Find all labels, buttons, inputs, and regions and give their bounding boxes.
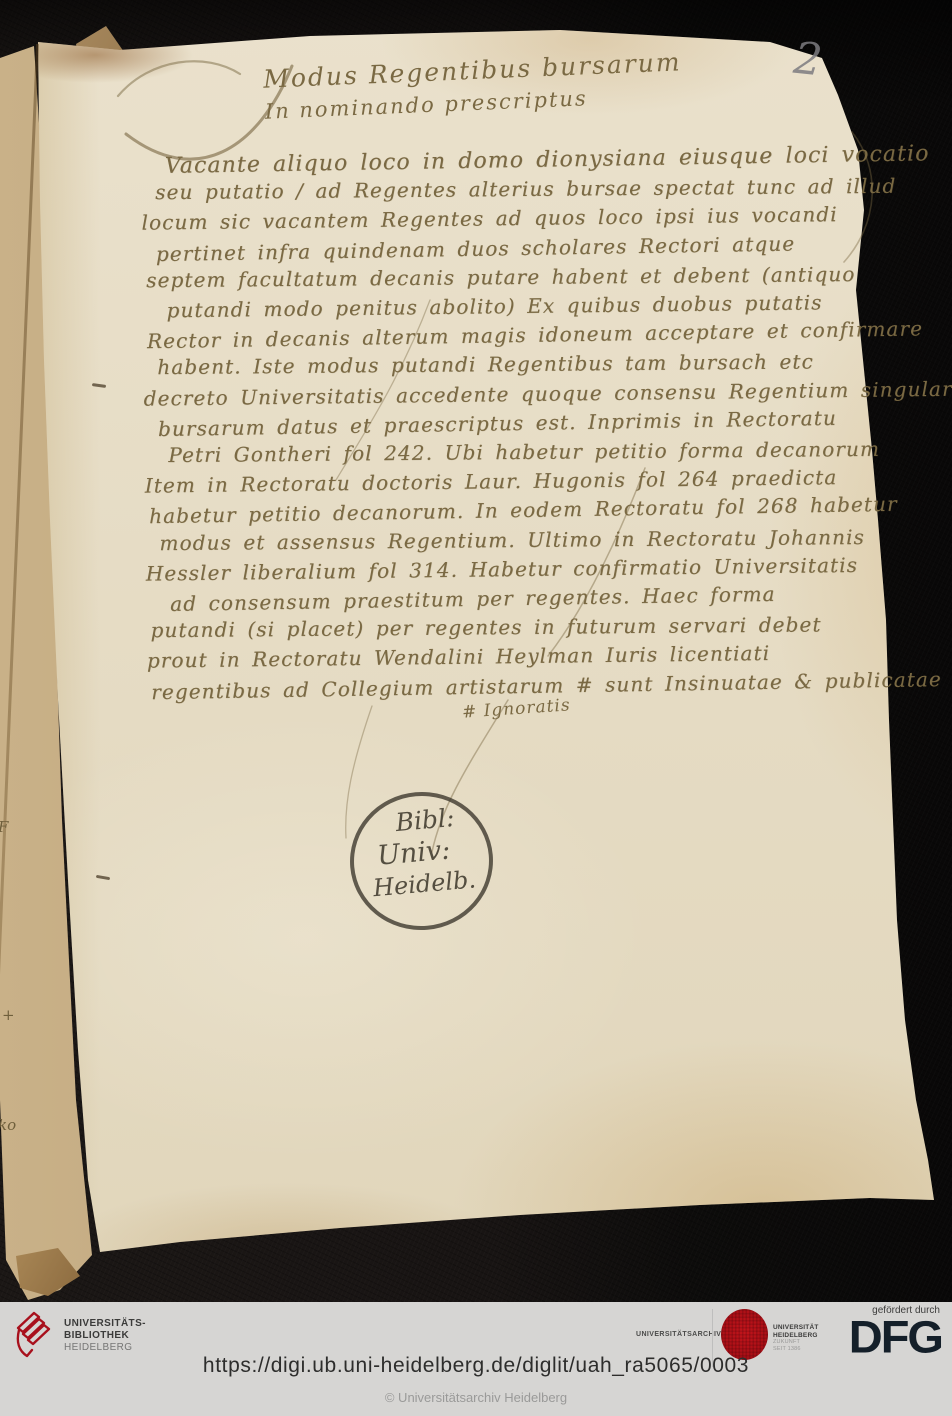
library-logo-text: UNIVERSITÄTS- BIBLIOTHEK HEIDELBERG [64,1318,146,1354]
manuscript-line: septem facultatum decanis putare habent … [146,260,891,296]
funder-block: gefördert durch DFG [849,1305,942,1359]
library-logo-line: UNIVERSITÄTS- [64,1318,146,1330]
library-logo-line: BIBLIOTHEK [64,1330,146,1342]
university-logo-line: SEIT 1386 [773,1346,819,1353]
university-heidelberg-seal-icon [721,1309,768,1360]
copyright-notice: © Universitätsarchiv Heidelberg [0,1390,952,1405]
facing-page-edge-mark: ko [0,1116,16,1134]
manuscript-body-text: Vacante aliquo loco in domo dionysiana e… [145,141,897,705]
library-logo-line: HEIDELBERG [64,1342,146,1354]
manuscript-line: modus et assensus Regentium. Ultimo in R… [159,522,894,558]
university-logo-line: HEIDELBERG [773,1332,819,1340]
persistent-url: https://digi.ub.uni-heidelberg.de/diglit… [0,1354,952,1378]
university-heidelberg-logo-text: UNIVERSITÄT HEIDELBERG ZUKUNFT SEIT 1386 [773,1324,819,1352]
university-archive-label: UNIVERSITÄTSARCHIV [636,1331,721,1338]
university-logo-line: UNIVERSITÄT [773,1324,819,1332]
pencil-folio-number: 2 [791,33,824,87]
facing-page-edge-mark: F [0,818,8,836]
facing-page-edge-mark: + [2,1006,15,1024]
library-books-icon [10,1308,56,1360]
digitized-manuscript-viewer: 2 Modus Regentibus bursarum In nominando… [0,0,952,1416]
university-library-logo: UNIVERSITÄTS- BIBLIOTHEK HEIDELBERG [10,1308,146,1360]
footer-caption-bar: UNIVERSITÄTS- BIBLIOTHEK HEIDELBERG UNIV… [0,1302,952,1416]
dfg-logo: DFG [849,1316,942,1358]
